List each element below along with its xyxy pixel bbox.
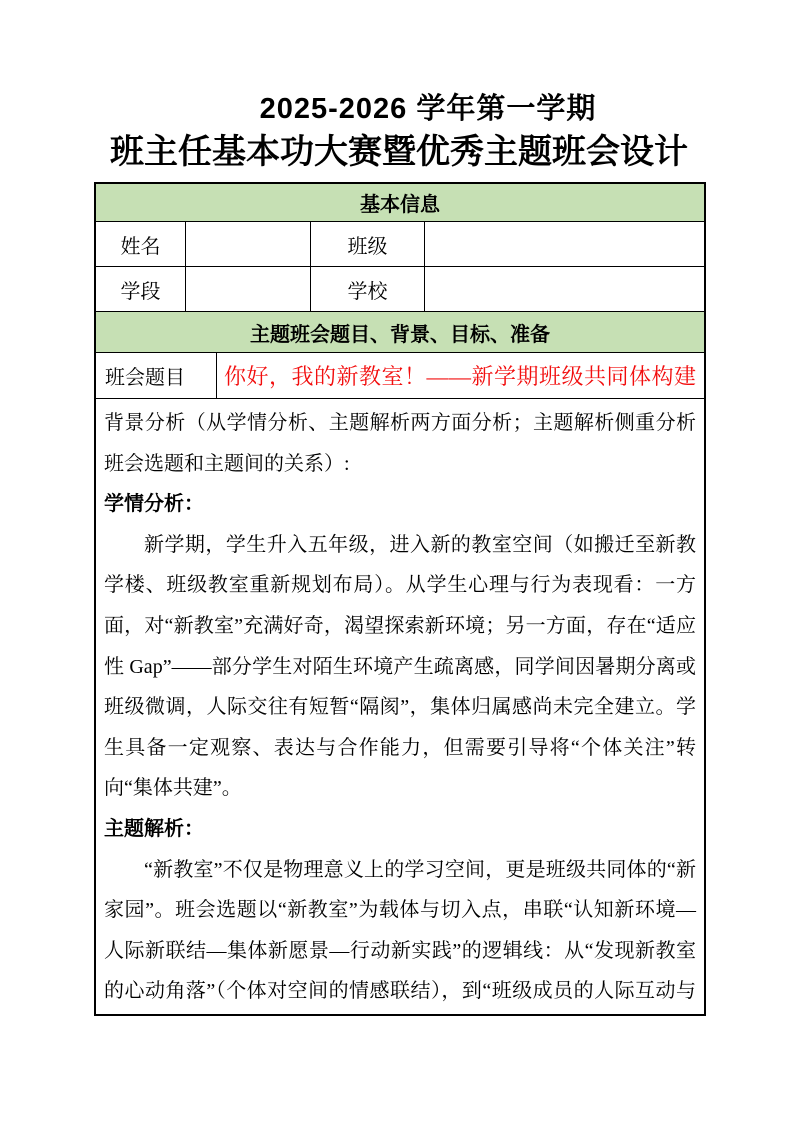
section-header-theme: 主题班会题目、背景、目标、准备 [96, 311, 704, 352]
xueqing-paragraph: 新学期，学生升入五年级，进入新的教室空间（如搬迁至新教学楼、班级教室重新规划布局… [104, 525, 696, 809]
row-stage-school: 学段 学校 [96, 266, 704, 311]
zhuti-heading: 主题解析： [104, 809, 696, 850]
meeting-title-label: 班会题目 [96, 353, 216, 398]
zhuti-paragraph: “新教室”不仅是物理意义上的学习空间，更是班级共同体的“新家园”。班会选题以“新… [104, 850, 696, 1014]
xueqing-heading: 学情分析： [104, 484, 696, 525]
school-value-cell[interactable] [424, 267, 704, 311]
row-name-class: 姓名 班级 [96, 221, 704, 266]
stage-label: 学段 [96, 267, 185, 311]
school-label: 学校 [310, 267, 424, 311]
page-title-line2: 班主任基本功大赛暨优秀主题班会设计 [94, 130, 704, 174]
meeting-title-value: 你好，我的新教室！——新学期班级共同体构建 [216, 353, 704, 398]
row-meeting-title: 班会题目 你好，我的新教室！——新学期班级共同体构建 [96, 352, 704, 398]
class-label: 班级 [310, 222, 424, 266]
stage-value-cell[interactable] [185, 267, 310, 311]
document-page: 2025-2026 学年第一学期 班主任基本功大赛暨优秀主题班会设计 基本信息 … [0, 0, 793, 1122]
class-value-cell[interactable] [424, 222, 704, 266]
name-label: 姓名 [96, 222, 185, 266]
section-header-basic-info: 基本信息 [96, 184, 704, 221]
background-analysis-cell: 背景分析（从学情分析、主题解析两方面分析；主题解析侧重分析班会选题和主题间的关系… [96, 398, 704, 1014]
page-title-line1: 2025-2026 学年第一学期 [94, 90, 704, 128]
background-intro: 背景分析（从学情分析、主题解析两方面分析；主题解析侧重分析班会选题和主题间的关系… [104, 403, 696, 484]
main-form-table: 基本信息 姓名 班级 学段 学校 主题班会题目、背景、目标、准备 班会题目 你好… [94, 182, 706, 1016]
name-value-cell[interactable] [185, 222, 310, 266]
